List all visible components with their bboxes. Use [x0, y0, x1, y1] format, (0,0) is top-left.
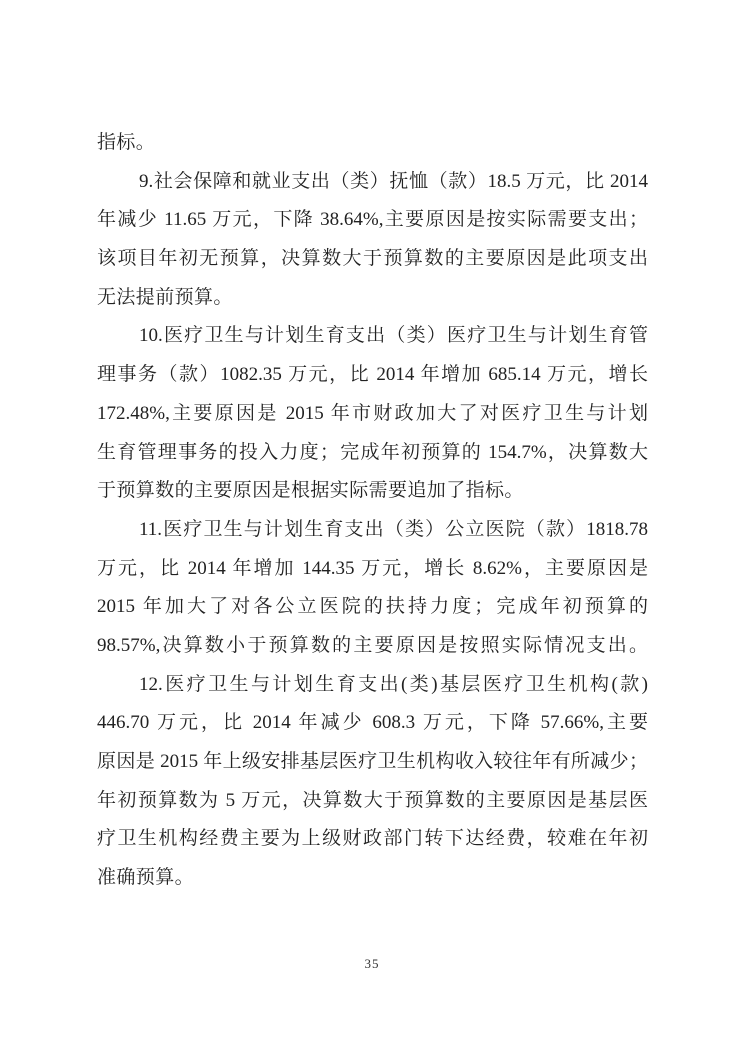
text-line: 12.医疗卫生与计划生育支出(类)基层医疗卫生机构(款) [97, 666, 648, 705]
text-line: 理事务（款）1082.35 万元，比 2014 年增加 685.14 万元，增长 [97, 356, 648, 395]
text-line: 446.70 万元，比 2014 年减少 608.3 万元，下降 57.66%,… [97, 704, 648, 743]
text-line: 万元，比 2014 年增加 144.35 万元，增长 8.62%，主要原因是 [97, 550, 648, 589]
text-line: 年减少 11.65 万元，下降 38.64%,主要原因是按实际需要支出； [97, 201, 648, 240]
text-line: 172.48%,主要原因是 2015 年市财政加大了对医疗卫生与计划 [97, 395, 648, 434]
text-line: 疗卫生机构经费主要为上级财政部门转下达经费，较难在年初 [97, 820, 648, 859]
text-line: 无法提前预算。 [97, 279, 648, 318]
text-line: 98.57%,决算数小于预算数的主要原因是按照实际情况支出。 [97, 627, 648, 666]
text-line: 指标。 [97, 124, 648, 163]
text-line: 2015 年加大了对各公立医院的扶持力度；完成年初预算的 [97, 588, 648, 627]
document-body: 指标。9.社会保障和就业支出（类）抚恤（款）18.5 万元，比 2014年减少 … [97, 124, 648, 898]
text-line: 10.医疗卫生与计划生育支出（类）医疗卫生与计划生育管 [97, 317, 648, 356]
text-line: 该项目年初无预算，决算数大于预算数的主要原因是此项支出 [97, 240, 648, 279]
text-line: 年初预算数为 5 万元，决算数大于预算数的主要原因是基层医 [97, 782, 648, 821]
text-line: 9.社会保障和就业支出（类）抚恤（款）18.5 万元，比 2014 [97, 163, 648, 202]
text-line: 生育管理事务的投入力度；完成年初预算的 154.7%，决算数大 [97, 434, 648, 473]
text-line: 准确预算。 [97, 859, 648, 898]
text-line: 于预算数的主要原因是根据实际需要追加了指标。 [97, 472, 648, 511]
text-line: 11.医疗卫生与计划生育支出（类）公立医院（款）1818.78 [97, 511, 648, 550]
text-line: 原因是 2015 年上级安排基层医疗卫生机构收入较往年有所减少； [97, 743, 648, 782]
document-page: 指标。9.社会保障和就业支出（类）抚恤（款）18.5 万元，比 2014年减少 … [0, 0, 744, 1052]
page-number: 35 [0, 956, 744, 972]
